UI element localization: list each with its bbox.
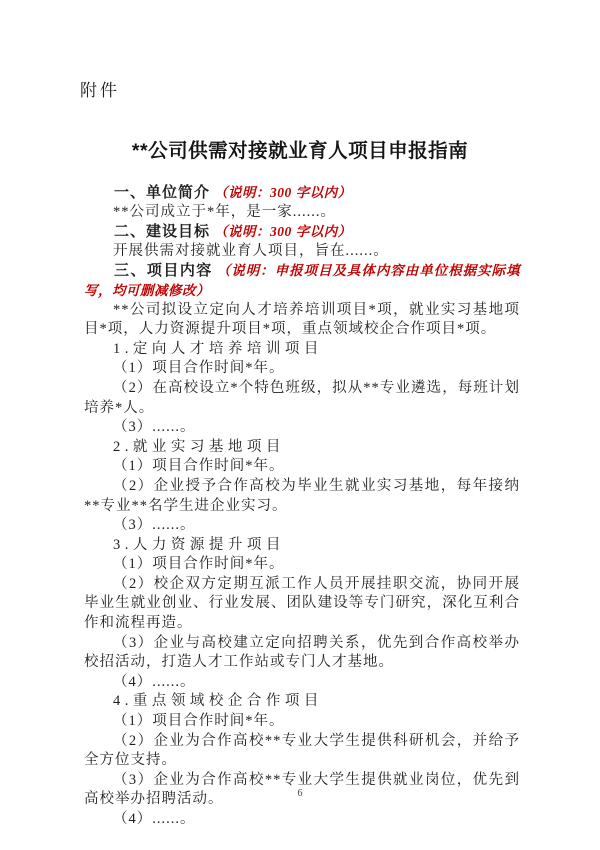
- paragraph-text: （3）企业与高校建立定向招聘关系，优先到合作高校举办校招活动，打造人才工作站或专…: [84, 635, 520, 671]
- list-item: （2）在高校设立*个特色班级，拟从**专业遴选，每班计划培养*人。: [84, 379, 520, 418]
- paragraph-text: （3）......。: [113, 419, 196, 435]
- paragraph-text: （1）项目合作时间*年。: [113, 458, 285, 474]
- body-paragraph: **公司成立于*年，是一家......。: [84, 203, 520, 223]
- paragraph-text: （2）企业授予合作高校为毕业生就业实习基地，每年接纳**专业**名学生进企业实习…: [84, 478, 520, 514]
- document-title: **公司供需对接就业育人项目申报指南: [0, 135, 600, 163]
- body-paragraph: 开展供需对接就业育人项目，旨在......。: [84, 242, 520, 262]
- document-body: 一、单位简介（说明：300 字以内）**公司成立于*年，是一家......。二、…: [84, 183, 520, 830]
- list-item: （1）项目合作时间*年。: [84, 712, 520, 732]
- numbered-subheading: 4.重点领域校企合作项目: [84, 692, 520, 712]
- paragraph-text: 开展供需对接就业育人项目，旨在......。: [113, 243, 389, 259]
- list-item: （2）企业授予合作高校为毕业生就业实习基地，每年接纳**专业**名学生进企业实习…: [84, 477, 520, 516]
- list-item: （2）企业为合作高校**专业大学生提供科研机会，并给予全方位支持。: [84, 732, 520, 771]
- paragraph-text: （4）......。: [113, 811, 196, 827]
- paragraph-text: **公司拟设立定向人才培养培训项目*项，就业实习基地项目*项，人力资源提升项目*…: [84, 302, 520, 338]
- paragraph-text: 2.就业实习基地项目: [113, 439, 285, 455]
- list-item: （4）......。: [84, 673, 520, 693]
- paragraph-text: （2）在高校设立*个特色班级，拟从**专业遴选，每班计划培养*人。: [84, 380, 520, 416]
- list-item: （4）......。: [84, 810, 520, 830]
- paragraph-text: （2）企业为合作高校**专业大学生提供科研机会，并给予全方位支持。: [84, 733, 520, 769]
- paragraph-text: （1）项目合作时间*年。: [113, 713, 285, 729]
- document-page: 附件 **公司供需对接就业育人项目申报指南 一、单位简介（说明：300 字以内）…: [0, 0, 600, 850]
- annotation-note: （说明：300 字以内）: [214, 224, 352, 239]
- attachment-label: 附件: [80, 76, 120, 101]
- paragraph-text: 1.定向人才培养培训项目: [113, 341, 323, 357]
- body-paragraph: **公司拟设立定向人才培养培训项目*项，就业实习基地项目*项，人力资源提升项目*…: [84, 301, 520, 340]
- numbered-subheading: 2.就业实习基地项目: [84, 438, 520, 458]
- paragraph-text: （2）校企双方定期互派工作人员开展挂职交流，协同开展毕业生就业创业、行业发展、团…: [84, 576, 520, 631]
- paragraph-text: 一、单位简介: [114, 184, 210, 201]
- numbered-subheading: 1.定向人才培养培训项目: [84, 340, 520, 360]
- paragraph-text: 二、建设目标: [114, 223, 210, 240]
- list-item: （2）校企双方定期互派工作人员开展挂职交流，协同开展毕业生就业创业、行业发展、团…: [84, 575, 520, 634]
- paragraph-text: （1）项目合作时间*年。: [113, 360, 285, 376]
- list-item: （3）......。: [84, 418, 520, 438]
- paragraph-text: （1）项目合作时间*年。: [113, 556, 285, 572]
- paragraph-text: 3.人力资源提升项目: [113, 537, 285, 553]
- section-heading: 一、单位简介（说明：300 字以内）: [84, 183, 520, 203]
- section-heading: 二、建设目标（说明：300 字以内）: [84, 222, 520, 242]
- numbered-subheading: 3.人力资源提升项目: [84, 536, 520, 556]
- section-heading: 三、项目内容（说明：申报项目及具体内容由单位根据实际填写，均可删减修改）: [84, 261, 520, 300]
- list-item: （1）项目合作时间*年。: [84, 359, 520, 379]
- paragraph-text: 三、项目内容: [114, 262, 213, 279]
- paragraph-text: （3）......。: [113, 517, 196, 533]
- paragraph-text: **公司成立于*年，是一家......。: [113, 204, 336, 220]
- list-item: （1）项目合作时间*年。: [84, 457, 520, 477]
- list-item: （3）企业与高校建立定向招聘关系，优先到合作高校举办校招活动，打造人才工作站或专…: [84, 634, 520, 673]
- paragraph-text: 4.重点领域校企合作项目: [113, 693, 323, 709]
- paragraph-text: （4）......。: [113, 674, 196, 690]
- page-number: 6: [0, 788, 600, 799]
- list-item: （3）......。: [84, 516, 520, 536]
- annotation-note: （说明：300 字以内）: [214, 185, 352, 200]
- list-item: （1）项目合作时间*年。: [84, 555, 520, 575]
